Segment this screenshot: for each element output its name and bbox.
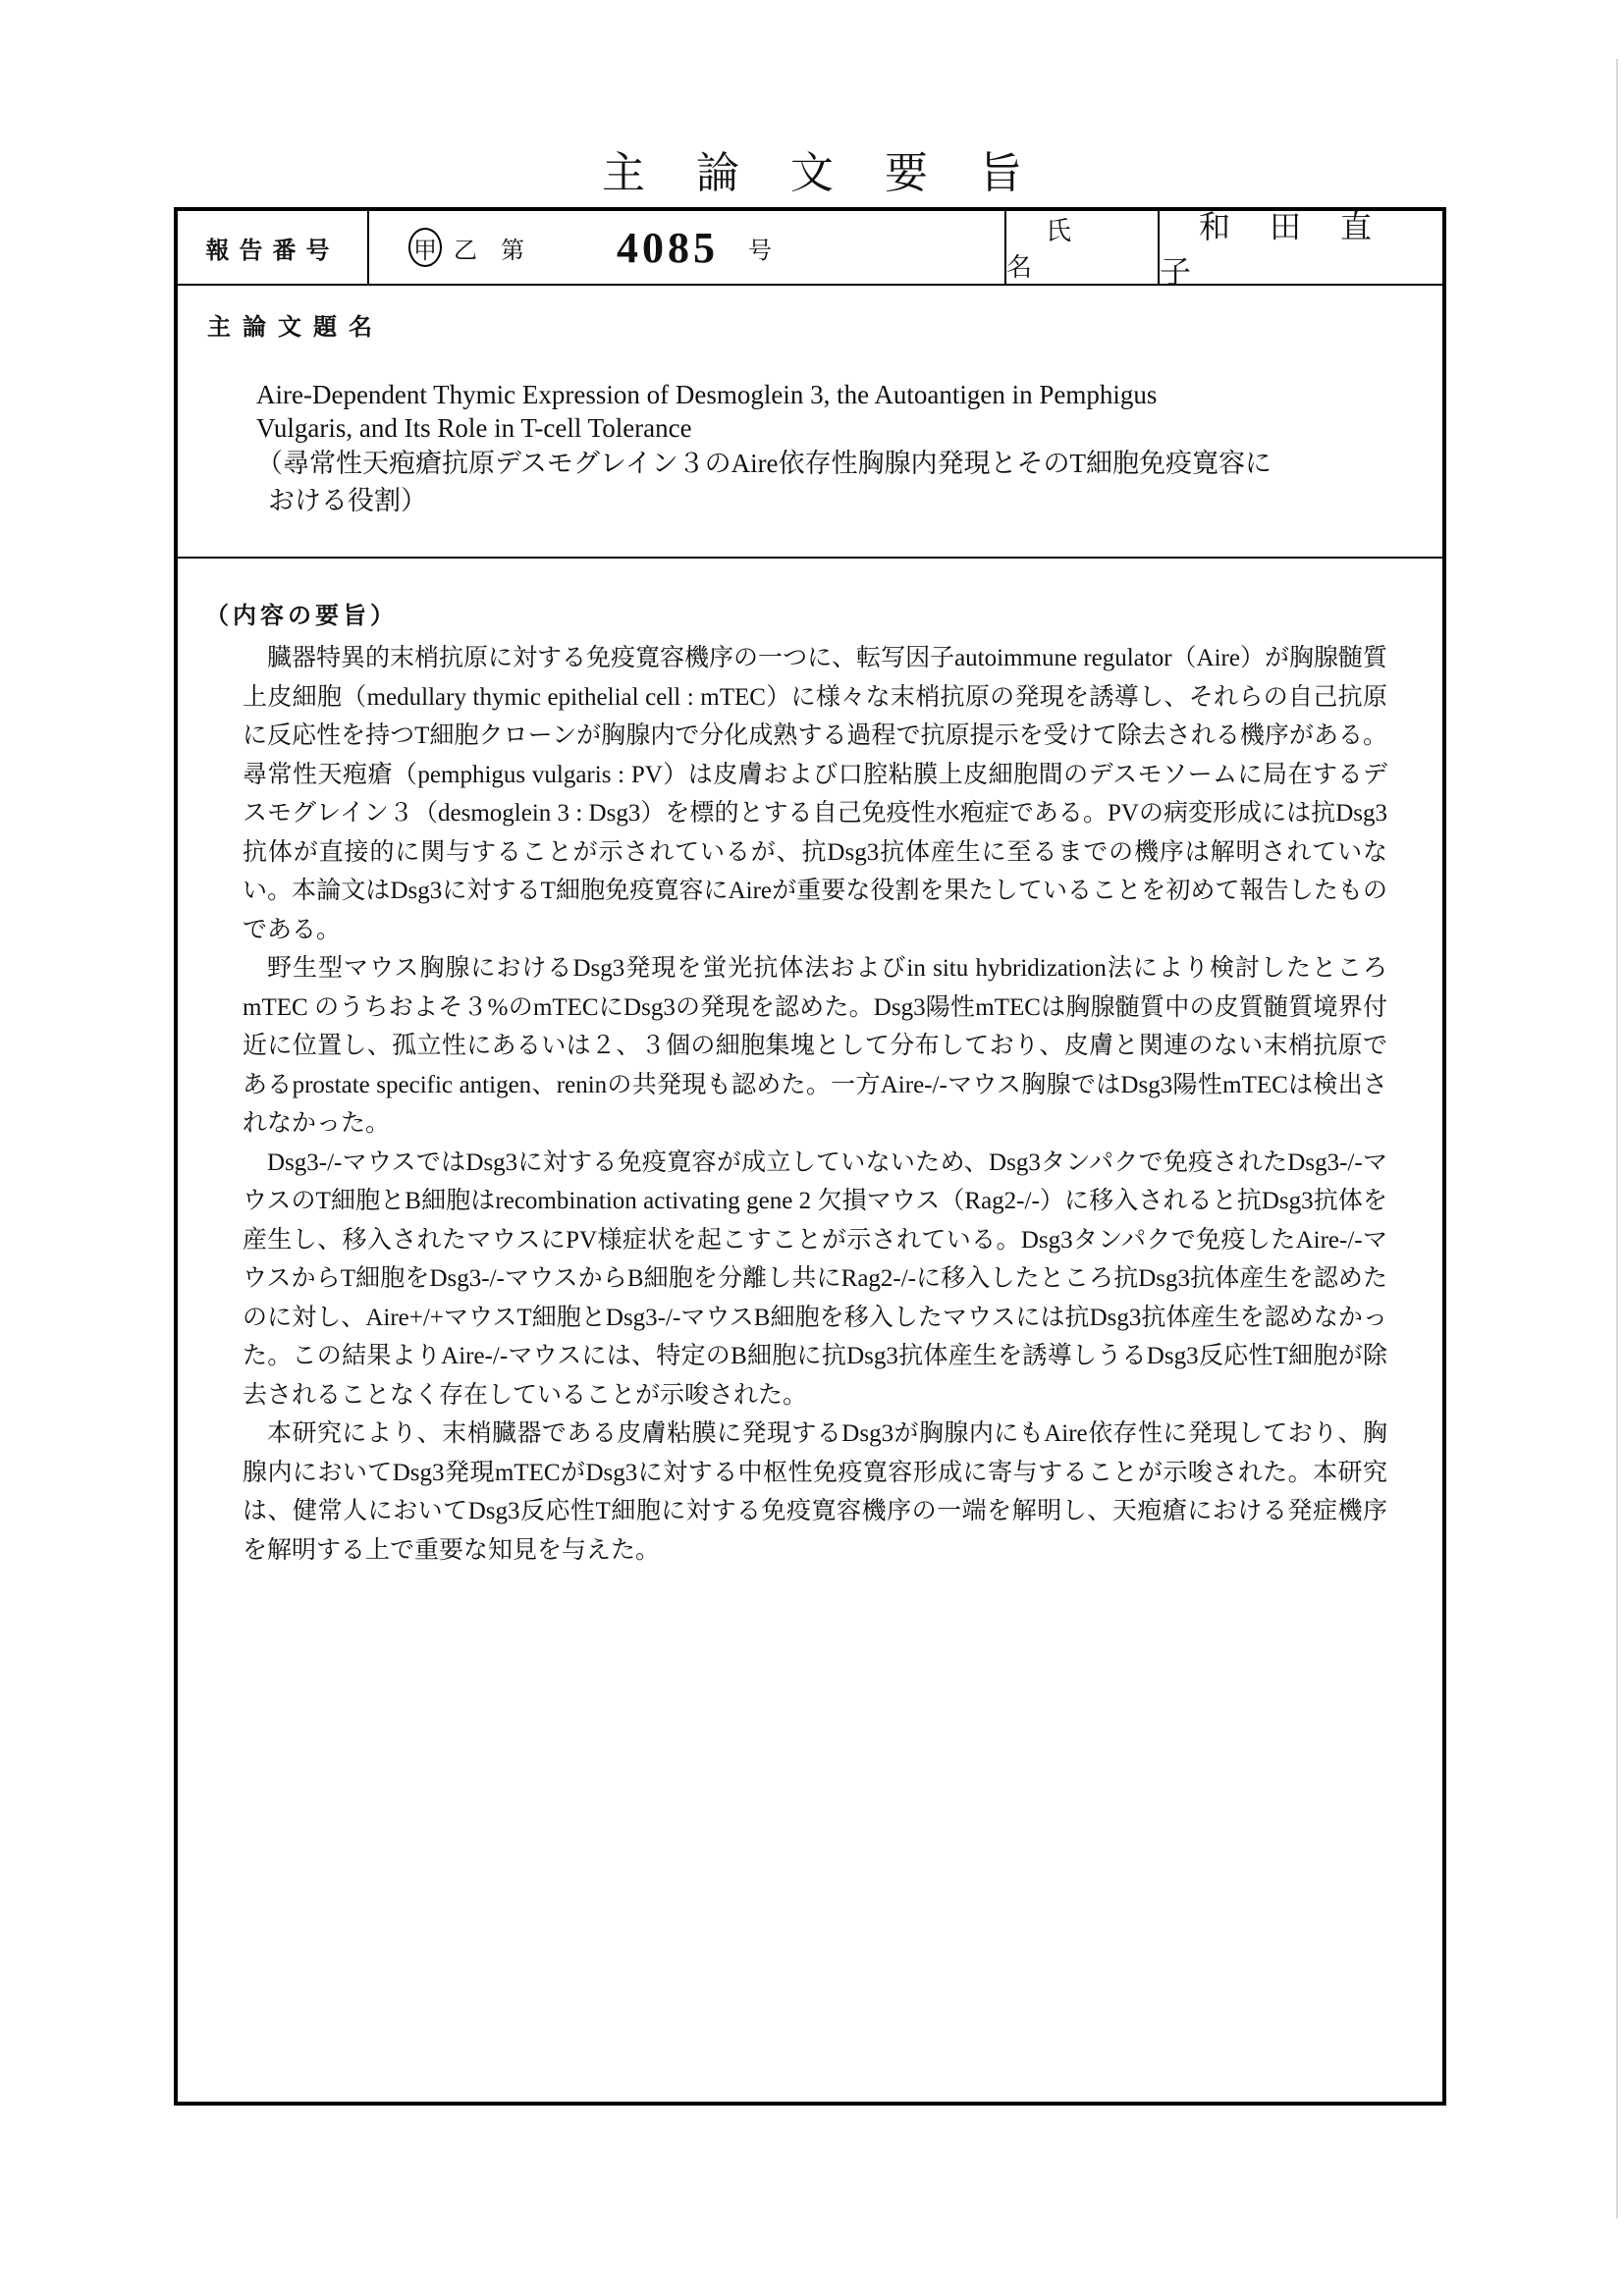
summary-paragraph-3: Dsg3-/-マウスではDsg3に対する免疫寛容が成立していないため、Dsg3タ… — [243, 1144, 1387, 1415]
title-japanese-line-1: （尋常性天疱瘡抗原デスモグレイン３のAire依存性胸腺内発現とそのT細胞免疫寛容… — [256, 447, 1385, 480]
summary-heading: （内容の要旨） — [205, 596, 398, 630]
name-value-cell: 和田直子 — [1160, 211, 1442, 284]
name-label-cell: 氏名 — [1006, 211, 1160, 284]
name-label: 氏名 — [1006, 211, 1158, 284]
title-english-line-2: Vulgaris, and Its Role in T-cell Toleran… — [256, 411, 1385, 445]
degree-kind-other: 乙 — [454, 231, 501, 265]
header-row: 報告番号 甲 乙 第 4085 号 氏名 和田直子 — [178, 211, 1442, 286]
summary-form-frame: 報告番号 甲 乙 第 4085 号 氏名 和田直子 主論文題名 Aire-Dep… — [174, 207, 1446, 2106]
thesis-title-section: 主論文題名 Aire-Dependent Thymic Expression o… — [178, 286, 1442, 559]
report-number: 4085 — [617, 223, 719, 273]
summary-body: 臓器特異的末梢抗原に対する免疫寛容機序の一つに、転写因子autoimmune r… — [243, 639, 1387, 1570]
author-name: 和田直子 — [1160, 202, 1442, 293]
report-number-cell: 甲 乙 第 4085 号 — [369, 211, 1006, 284]
degree-kind-selected: 甲 — [408, 228, 442, 267]
title-english-line-1: Aire-Dependent Thymic Expression of Desm… — [256, 378, 1385, 411]
report-number-label-cell: 報告番号 — [178, 211, 369, 284]
summary-paragraph-4: 本研究により、末梢臓器である皮膚粘膜に発現するDsg3が胸腺内にもAire依存性… — [243, 1415, 1387, 1570]
summary-paragraph-2: 野生型マウス胸腺におけるDsg3発現を蛍光抗体法およびin situ hybri… — [243, 949, 1387, 1144]
summary-paragraph-1: 臓器特異的末梢抗原に対する免疫寛容機序の一つに、転写因子autoimmune r… — [243, 639, 1387, 949]
report-number-label: 報告番号 — [206, 231, 340, 265]
go-label: 号 — [748, 231, 772, 265]
thesis-title-text: Aire-Dependent Thymic Expression of Desm… — [256, 378, 1385, 517]
page-title: 主論文要旨 — [0, 137, 1624, 200]
summary-section: （内容の要旨） 臓器特異的末梢抗原に対する免疫寛容機序の一つに、転写因子auto… — [178, 559, 1442, 2106]
thesis-title-heading: 主論文題名 — [207, 307, 384, 342]
scan-edge-line — [1616, 59, 1618, 2218]
title-japanese-line-2: おける役割） — [256, 484, 1385, 517]
dai-label: 第 — [501, 231, 548, 265]
